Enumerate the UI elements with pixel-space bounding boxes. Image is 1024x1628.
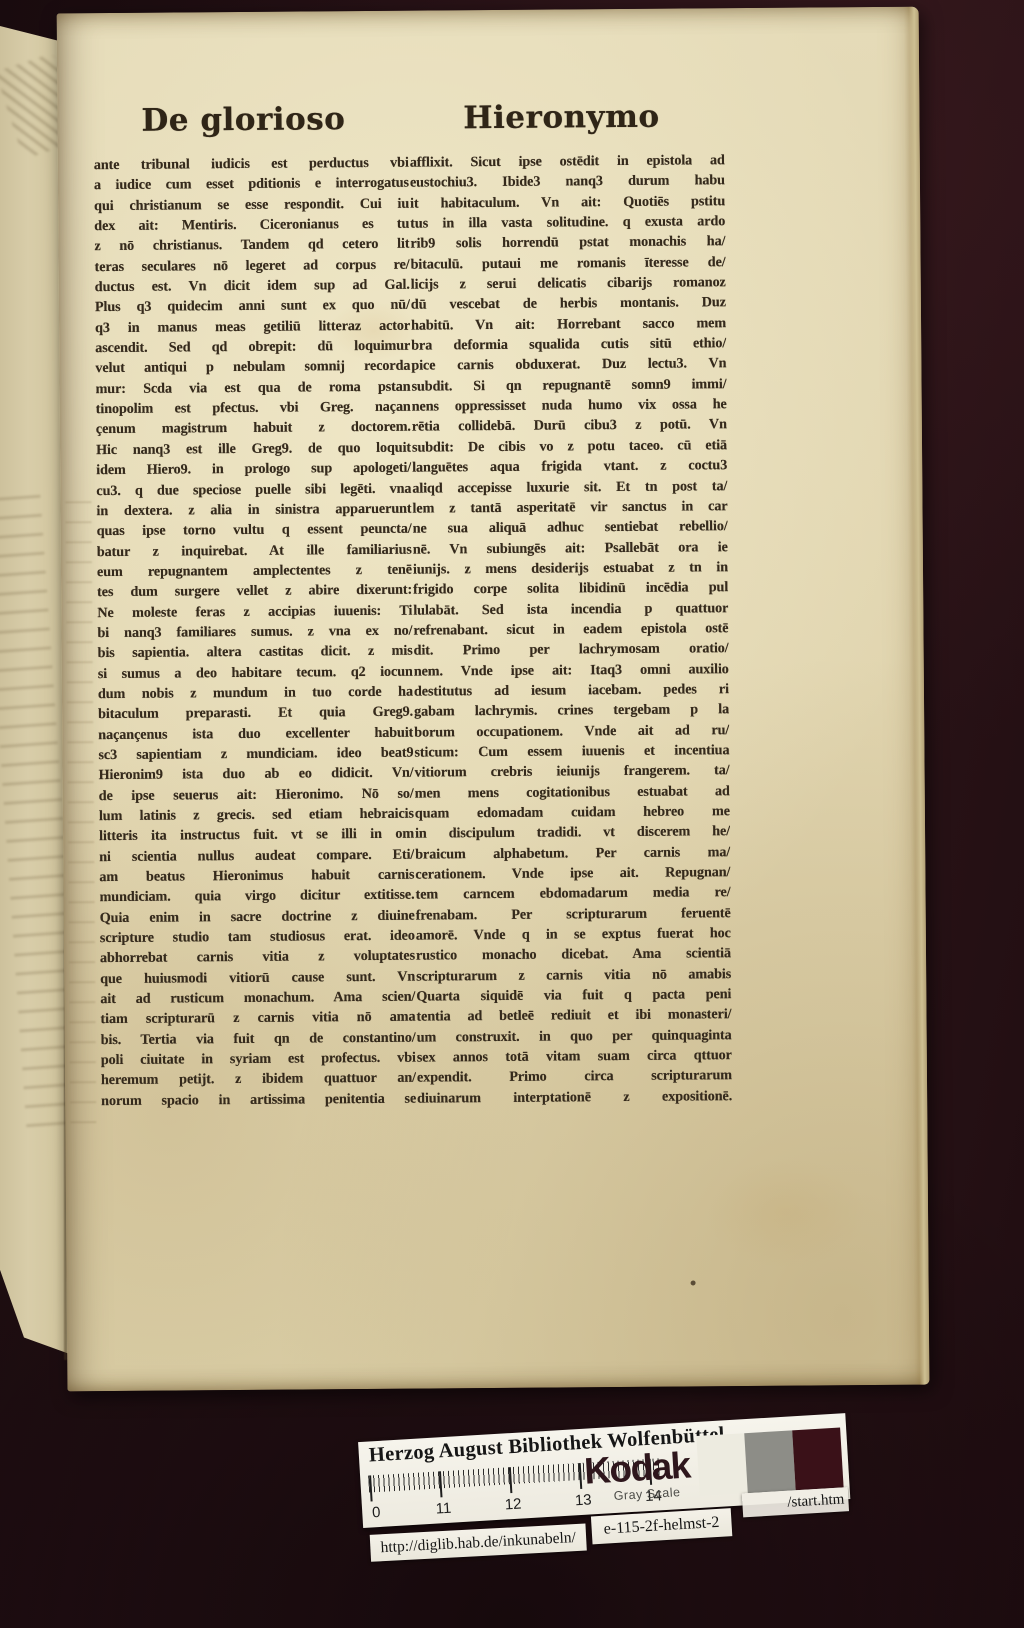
ruler-major-tick [579, 1463, 583, 1489]
text-line: scripturarum z carnis vitia nō amabis [416, 964, 731, 987]
text-line: nens oppressisset nuda humo vix ossa he [412, 394, 727, 417]
text-line: poli ciuitate in syriam est profectus. v… [101, 1048, 416, 1071]
ruler-number: 0 [370, 1504, 383, 1522]
text-line: lum latinis z grecis. sed etiam hebraici… [99, 804, 414, 827]
text-line: eum repugnantem amplectentes z tenē [97, 560, 412, 583]
ruler-major-tick [509, 1467, 513, 1493]
ruler-number: 12 [504, 1496, 522, 1514]
text-line: nē. Vn subiungēs ait: Psallebāt ora ie [413, 537, 728, 560]
text-line: habitū. Vn ait: Horrebant sacco mem [411, 313, 726, 336]
text-line: aliqd accepisse luxurie sit. Et tn post … [412, 476, 727, 499]
text-line: um construxit. in quo per quinquaginta [417, 1025, 732, 1048]
ruler-major-tick [369, 1475, 373, 1501]
text-line: ante tribunal iudicis est perductus vbi [94, 153, 409, 176]
text-line: refrenabant. sicut in eadem epistola ost… [413, 618, 728, 641]
text-line: çenum magistrum habuit z doctorem. [96, 417, 411, 440]
text-column-right: afflixit. Sicut ipse ostēdit in epistola… [410, 150, 732, 1109]
text-line: licijs z serui delicatis cibarijs romano… [411, 272, 726, 295]
gray-patch-light [696, 1433, 747, 1496]
shelfmark-strip: e-115-2f-helmst-2 [591, 1508, 732, 1544]
text-line: languētes aqua frigida vtant. z coctu3 [412, 455, 727, 478]
text-line: que huiusmodi vitiorū cause sunt. Vn [100, 966, 415, 989]
text-line: Ne moleste feras z accipias iuuenis: Ti [97, 600, 412, 623]
text-line: quas ipse torno vultu q essent peuncta/ [97, 519, 412, 542]
text-line: quam edomadam cuidam hebreo me [415, 801, 730, 824]
text-line: in dextera. z alia in sinistra apparueru… [96, 498, 411, 521]
text-line: ne sua aliquā adhuc sentiebat rebellio/ [413, 516, 728, 539]
gray-scale-label: Gray Scale [613, 1485, 681, 1503]
text-line: mundiciam. quia virgo dicitur extitisse. [99, 885, 414, 908]
text-line: frenabam. Per scripturarum feruentē [416, 903, 731, 926]
text-line: dex ait: Mentiris. Ciceronianus es tu [94, 214, 409, 237]
text-line: mur: Scda via est qua de roma pstan [95, 376, 410, 399]
text-line: bra deformia squalida cutis sitū ethio/ [411, 333, 726, 356]
text-line: frigido corpe solita libidinū incēdia pu… [413, 577, 728, 600]
text-line: am beatus Hieronimus habuit carnis [99, 865, 414, 888]
text-line: ait ad rusticum monachum. Ama scien/ [100, 987, 415, 1010]
text-line: Hic nanq3 est ille Greg9. de quo loquit [96, 437, 411, 460]
text-line: q3 in manus meas getiliū litteraz actor [95, 315, 410, 338]
text-line: borum occupationem. Vnde ait ad ru/ [414, 720, 729, 743]
text-line: diuinarum interptationē z expositionē. [417, 1086, 732, 1109]
text-line: norum spacio in artissima penitentia se [101, 1088, 416, 1111]
text-line: amorē. Vnde q in se exptus fuerat hoc [416, 923, 731, 946]
book-scan: { "running_header": { "left": "De glorio… [0, 0, 1024, 1628]
text-line: ascendit. Sed qd obrepit: dū loquimur [95, 336, 410, 359]
text-line: tes dum surgere vellet z abire dixerunt: [97, 580, 412, 603]
ruler-number: 11 [435, 1500, 452, 1518]
text-line: cerationem. Vnde ipse ait. Repugnan/ [415, 862, 730, 885]
text-line: tentia ad betleē rediuit et ibi monaster… [416, 1005, 731, 1028]
text-line: a iudice cum esset pditionis e interroga… [94, 173, 409, 196]
text-line: cu3. q due speciose puelle sibi legēti. … [96, 478, 411, 501]
text-line: pice carnis obduxerat. Duz lectu3. Vn [411, 354, 726, 377]
text-line: teras seculares nō legeret ad corpus re/ [95, 254, 410, 277]
text-line: litteris ita instructus fuit. vt se illi… [99, 824, 414, 847]
text-line: tinopolim est pfectus. vbi Greg. naçan [96, 397, 411, 420]
gray-scale-patches [696, 1428, 843, 1496]
text-line: dit. Primo per lachrymosam oratio/ [414, 638, 729, 661]
text-line: bis sapientia. altera castitas dicit. z … [98, 641, 413, 664]
text-line: it habitaculum. Vn ait: Quotiēs pstitu [410, 191, 725, 214]
text-line: batur z inquirebat. At ille familiarius [97, 539, 412, 562]
text-line: bis. Tertia via fuit qn de constantino/ [101, 1027, 416, 1050]
text-line: velut antiqui p nebulam somnij recorda [95, 356, 410, 379]
ruler-major-tick [439, 1471, 443, 1497]
text-line: eustochiu3. Ibide3 nanq3 durum habu [410, 171, 725, 194]
text-line: sticum: Cum essem iuuenis et incentiua [414, 740, 729, 763]
text-line: subdit: De cibis vo z potu taceo. cū eti… [412, 435, 727, 458]
text-line: ductus est. Vn dicit idem sup ad Gal. [95, 275, 410, 298]
running-header-left: De glorioso [87, 101, 399, 147]
text-line: tiam scripturarū z carnis vitia nō ama [100, 1007, 415, 1030]
ink-spot [691, 1280, 696, 1285]
text-line: rustico monacho dicebat. Ama scientiā [416, 944, 731, 967]
running-header-right: Hieronymo [405, 98, 717, 144]
text-line: bitaculū. putaui me romanis īteresse de/ [411, 252, 726, 275]
kodak-logo: Kodak [583, 1447, 691, 1490]
text-line: bi nanq3 familiares sumus. z vna ex no/ [97, 621, 412, 644]
text-line: tem carncem ebdomadarum media re/ [415, 883, 730, 906]
text-line: dū vescebat de herbis montanis. Duz [411, 293, 726, 316]
text-line: dum nobis z mundum in tuo corde ha [98, 682, 413, 705]
text-line: idem Hiero9. in prologo sup apologeti/ [96, 458, 411, 481]
text-line: bitaculum preparasti. Et quia Greg9. [98, 702, 413, 725]
text-line: gabam lachrymis. crines tergebam p la [414, 699, 729, 722]
text-line: subdit. Si qn repugnantē somn9 immi/ [411, 374, 726, 397]
text-line: Hieronim9 ista duo ab eo didicit. Vn/ [99, 763, 414, 786]
text-line: Quia enim in sacre doctrine z diuine [100, 905, 415, 928]
text-line: lulabāt. Sed ista incendia p quattuor [413, 598, 728, 621]
text-line: nem. Vnde ipse ait: Itaq3 omni auxilio [414, 659, 729, 682]
text-line: braicum alphabetum. Per carnis ma/ [415, 842, 730, 865]
start-link-strip: /start.htm [742, 1487, 849, 1517]
gray-patch-dark [792, 1428, 843, 1491]
text-line: Quarta siquidē via fuit q pacta peni [416, 984, 731, 1007]
library-label: Herzog August Bibliothek Wolfenbüttel 01… [358, 1412, 865, 1573]
text-line: expendit. Primo circa scripturarum [417, 1066, 732, 1089]
manuscript-page: De glorioso Hieronymo ante tribunal iudi… [57, 7, 930, 1392]
text-line: men mens cogitationibus estuabat ad [415, 781, 730, 804]
text-line: si sumus a deo habitare tecum. q2 iocun [98, 661, 413, 684]
text-line: Plus q3 quidecim anni sunt ex quo nū/ [95, 295, 410, 318]
text-line: tus in illa vasta solitudine. q exusta a… [410, 211, 725, 234]
text-line: naçançenus ista duo excellenter habuit [98, 722, 413, 745]
text-line: lem z tantā asperitatē vir sanctus in ca… [412, 496, 727, 519]
foxing-stain [706, 1157, 867, 1268]
text-line: iunijs. z mens desiderijs estuabat z tn … [413, 557, 728, 580]
text-line: afflixit. Sicut ipse ostēdit in epistola… [410, 150, 725, 173]
text-column-left: ante tribunal iudicis est perductus vbia… [94, 153, 416, 1112]
text-line: ni scientia nullus audeat compare. Eti/ [99, 844, 414, 867]
ink-bleed-through [65, 483, 96, 1123]
fore-edge [904, 7, 930, 1385]
gray-patch-mid [744, 1430, 795, 1493]
ruler-number: 13 [574, 1491, 592, 1509]
text-line: sc3 sapientiam z mundiciam. ideo beat9 [98, 743, 413, 766]
text-line: qui christianum se esse respondit. Cui i… [94, 193, 409, 216]
text-line: rētia collidebā. Durū cibu3 z potū. Vn [412, 415, 727, 438]
text-line: z nō christianus. Tandem qd cetero lit [94, 234, 409, 257]
text-line: abhorrebat carnis vitia z voluptates [100, 946, 415, 969]
text-line: in discipulum tradidi. vt discerem he/ [415, 821, 730, 844]
text-line: sex annos totā vitam suam circa qttuor [417, 1045, 732, 1068]
text-line: destitutus ad iesum iacebam. pedes ri [414, 679, 729, 702]
text-line: heremum petijt. z ibidem quattuor an/ [101, 1068, 416, 1091]
text-line: rib9 solis horrendū pstat monachis ha/ [410, 232, 725, 255]
url-strip: http://diglib.hab.de/inkunabeln/ [370, 1524, 587, 1562]
text-line: vitiorum crebris ieiunijs frangerem. ta/ [414, 760, 729, 783]
text-line: de ipse seuerus ait: Hieronimo. Nō so/ [99, 783, 414, 806]
text-line: scripture studio tam studiosus erat. ide… [100, 926, 415, 949]
